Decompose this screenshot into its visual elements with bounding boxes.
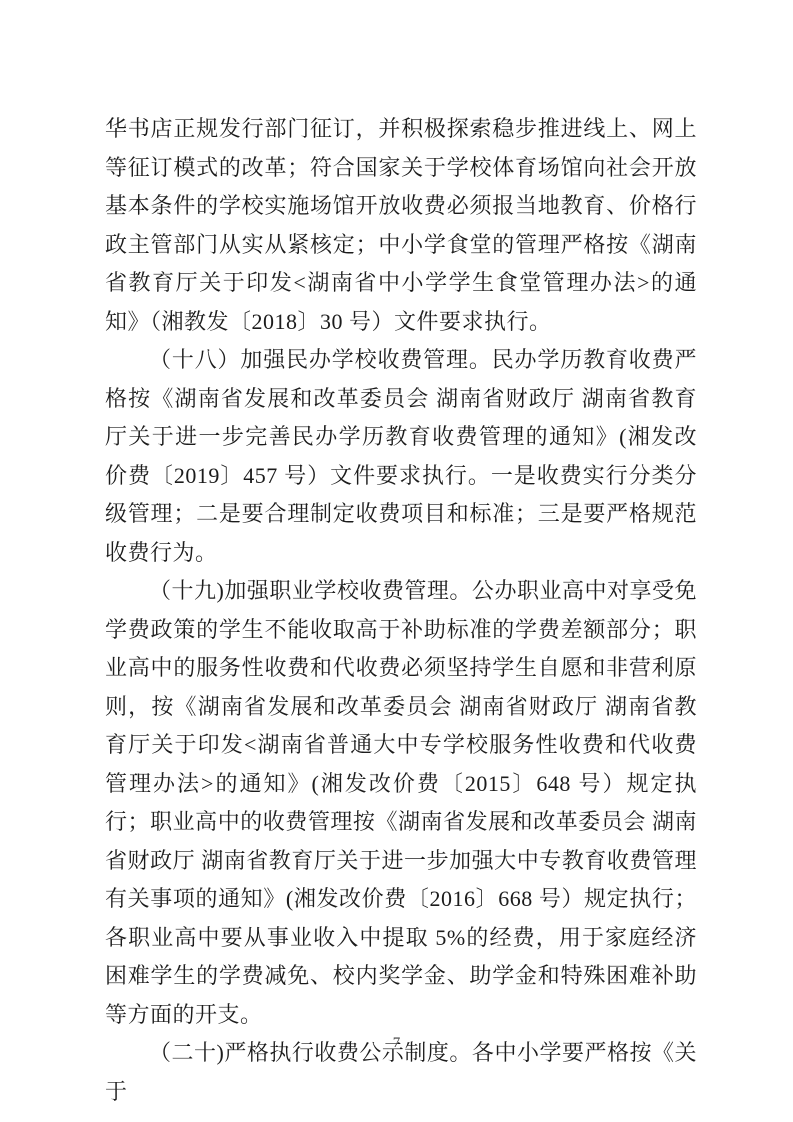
page-footer: 7 [0, 1034, 793, 1052]
paragraph-item-18: （十八）加强民办学校收费管理。民办学历教育收费严格按《湖南省发展和改革委员会 湖… [105, 341, 697, 572]
page-number: 7 [393, 1035, 401, 1052]
paragraph-continuation: 华书店正规发行部门征订，并积极探索稳步推进线上、网上等征订模式的改革；符合国家关… [105, 110, 697, 341]
paragraph-item-19: （十九)加强职业学校收费管理。公办职业高中对享受免学费政策的学生不能收取高于补助… [105, 572, 697, 1034]
document-body: 华书店正规发行部门征订，并积极探索稳步推进线上、网上等征订模式的改革；符合国家关… [105, 110, 697, 1111]
document-page: 华书店正规发行部门征订，并积极探索稳步推进线上、网上等征订模式的改革；符合国家关… [0, 0, 793, 1122]
